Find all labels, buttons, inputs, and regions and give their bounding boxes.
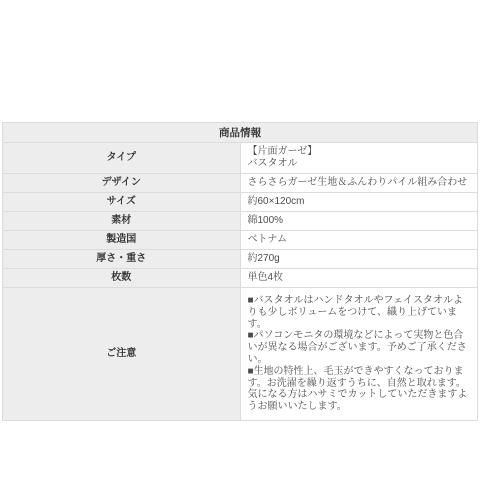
row-label-weight: 厚さ・重さ bbox=[3, 250, 241, 269]
table-title: 商品情報 bbox=[3, 123, 478, 143]
row-value-notes: ■バスタオルはハンドタオルやフェイスタオルよりも少しボリュームをつけて、織り上げ… bbox=[240, 288, 478, 421]
row-value-material: 綿100% bbox=[240, 212, 478, 231]
row-label-size: サイズ bbox=[3, 193, 241, 212]
row-label-type: タイプ bbox=[3, 143, 241, 174]
table-row-notes: ご注意 ■バスタオルはハンドタオルやフェイスタオルよりも少しボリュームをつけて、… bbox=[3, 288, 478, 421]
row-label-notes: ご注意 bbox=[3, 288, 241, 421]
row-label-country: 製造国 bbox=[3, 231, 241, 250]
table-row-design: デザイン さらさらガーゼ生地＆ふんわりパイル組み合わせ bbox=[3, 174, 478, 193]
table-row-count: 枚数 単色4枚 bbox=[3, 269, 478, 288]
table-row-country: 製造国 ベトナム bbox=[3, 231, 478, 250]
row-value-type: 【片面ガーゼ】 バスタオル bbox=[240, 143, 478, 174]
table-row-type: タイプ 【片面ガーゼ】 バスタオル bbox=[3, 143, 478, 174]
row-label-design: デザイン bbox=[3, 174, 241, 193]
row-value-size: 約60×120cm bbox=[240, 193, 478, 212]
table-row-size: サイズ 約60×120cm bbox=[3, 193, 478, 212]
product-page: 商品情報 タイプ 【片面ガーゼ】 バスタオル デザイン さらさらガーゼ生地＆ふん… bbox=[0, 0, 480, 480]
table-row-weight: 厚さ・重さ 約270g bbox=[3, 250, 478, 269]
table-header-row: 商品情報 bbox=[3, 123, 478, 143]
row-value-country: ベトナム bbox=[240, 231, 478, 250]
row-value-weight: 約270g bbox=[240, 250, 478, 269]
row-label-count: 枚数 bbox=[3, 269, 241, 288]
row-value-design: さらさらガーゼ生地＆ふんわりパイル組み合わせ bbox=[240, 174, 478, 193]
product-info-table: 商品情報 タイプ 【片面ガーゼ】 バスタオル デザイン さらさらガーゼ生地＆ふん… bbox=[2, 122, 478, 421]
table-row-material: 素材 綿100% bbox=[3, 212, 478, 231]
row-value-count: 単色4枚 bbox=[240, 269, 478, 288]
row-label-material: 素材 bbox=[3, 212, 241, 231]
